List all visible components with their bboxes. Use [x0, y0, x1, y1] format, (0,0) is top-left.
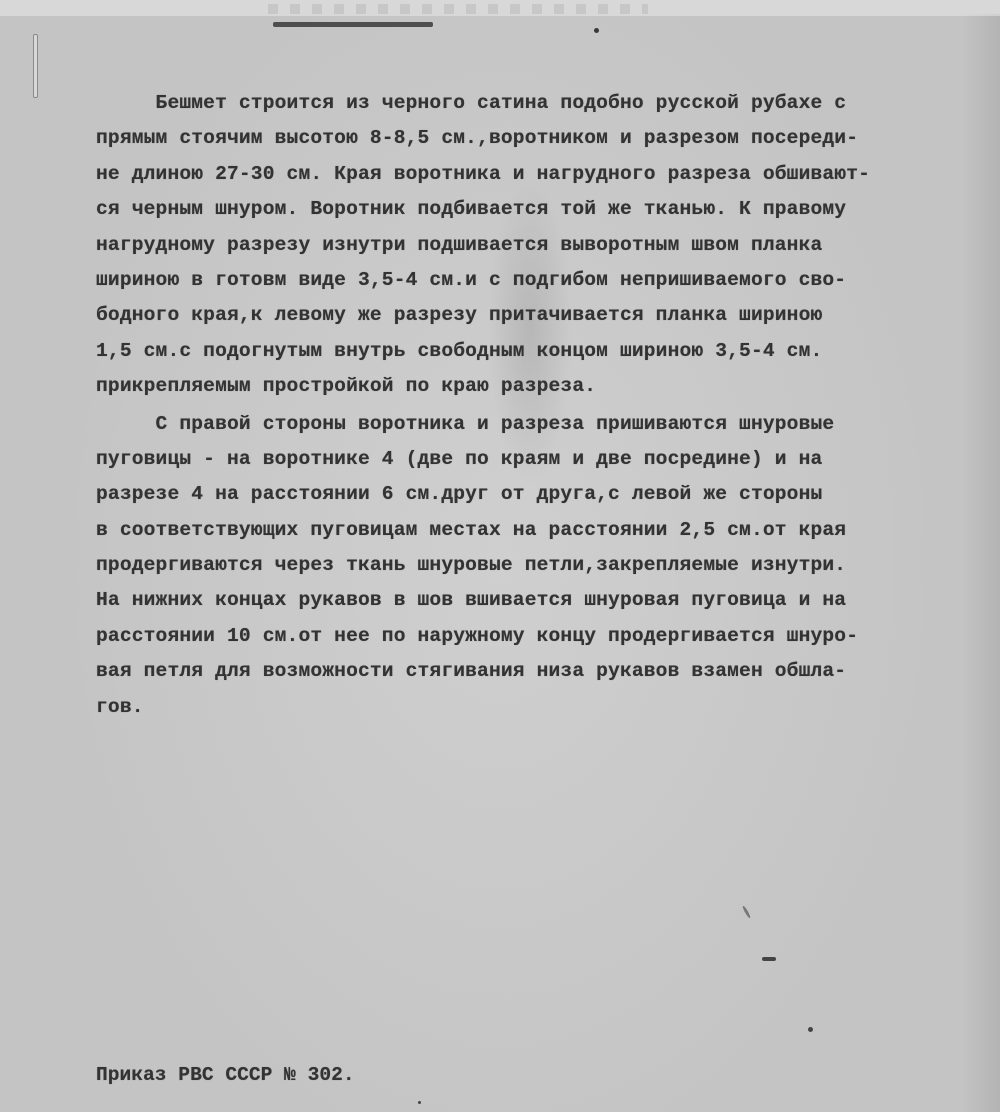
ink-speck: [808, 1027, 813, 1032]
paragraph-1: Бешмет строится из черного сатина подобн…: [96, 86, 986, 405]
text-line: пуговицы - на воротнике 4 (две по краям …: [96, 442, 986, 477]
text-line: в соответствующих пуговицам местах на ра…: [96, 513, 986, 548]
text-line: нагрудному разрезу изнутри подшивается в…: [96, 228, 986, 263]
text-line: не длиною 27-30 см. Края воротника и наг…: [96, 157, 986, 192]
scanned-page: Бешмет строится из черного сатина подобн…: [0, 0, 1000, 1112]
ink-speck: [742, 905, 752, 919]
text-line: расстоянии 10 см.от нее по наружному кон…: [96, 619, 986, 654]
ink-speck: [418, 1101, 421, 1104]
text-line: вая петля для возможности стягивания низ…: [96, 654, 986, 689]
text-line: прямым стоячим высотою 8-8,5 см.,воротни…: [96, 121, 986, 156]
text-line: разрезе 4 на расстоянии 6 см.друг от дру…: [96, 477, 986, 512]
text-line: гов.: [96, 690, 986, 725]
text-line: На нижних концах рукавов в шов вшивается…: [96, 583, 986, 618]
text-line: шириною в готовм виде 3,5-4 см.и с подги…: [96, 263, 986, 298]
text-line: прикрепляемым простройкой по краю разрез…: [96, 369, 986, 404]
text-line: Бешмет строится из черного сатина подобн…: [96, 86, 986, 121]
faint-header-text: [268, 4, 648, 14]
text-line: продергиваются через ткань шнуровые петл…: [96, 548, 986, 583]
struck-out-heading: [273, 22, 433, 27]
paragraph-2: С правой стороны воротника и разреза при…: [96, 407, 986, 726]
ink-dot: [594, 28, 599, 33]
staple-mark: [33, 34, 38, 98]
text-line: С правой стороны воротника и разреза при…: [96, 407, 986, 442]
text-line: ся черным шнуром. Воротник подбивается т…: [96, 192, 986, 227]
order-reference: Приказ РВС СССР № 302.: [96, 1064, 355, 1086]
text-line: бодного края,к левому же разрезу притачи…: [96, 298, 986, 333]
text-line: 1,5 см.с подогнутым внутрь свободным кон…: [96, 334, 986, 369]
ink-speck: [762, 957, 776, 961]
document-body: Бешмет строится из черного сатина подобн…: [96, 86, 986, 725]
